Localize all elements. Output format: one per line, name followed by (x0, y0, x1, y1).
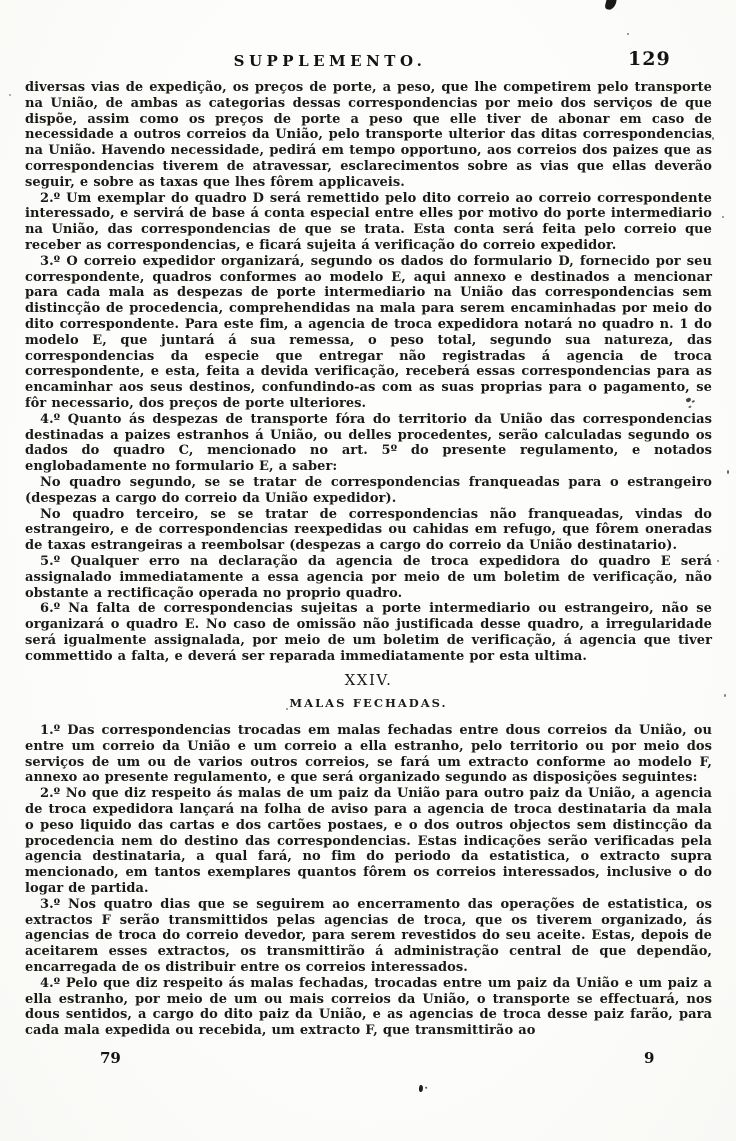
ink-speck (722, 216, 724, 218)
document-page: SUPPLEMENTO. 129 diversas vias de expedi… (0, 0, 736, 1141)
paragraph: 3.º Nos quatro dias que se seguirem ao e… (25, 897, 712, 976)
ink-blot-top-right (604, 0, 617, 11)
section-numeral: XXIV. (25, 673, 712, 689)
ink-speck (727, 470, 729, 474)
section-title: MALAS FECHADAS. (25, 696, 712, 712)
ink-speck (712, 137, 714, 140)
ink-speck (717, 560, 719, 562)
paragraph: 5.º Qualquer erro na declaração da agenc… (25, 554, 712, 601)
signature-number-left: 79 (100, 1049, 121, 1067)
running-title: SUPPLEMENTO. (0, 52, 660, 70)
body-text: diversas vias de expedição, os preços de… (25, 80, 712, 1039)
paragraph: 1.º Das correspondencias trocadas em mal… (25, 723, 712, 786)
paragraph: 2.º Um exemplar do quadro D será remetti… (25, 191, 712, 254)
paragraph: diversas vias de expedição, os preços de… (25, 80, 712, 191)
paragraph: No quadro terceiro, se se tratar de corr… (25, 507, 712, 554)
ink-speck (627, 33, 629, 35)
paragraph: 3.º O correio expedidor organizará, segu… (25, 254, 712, 412)
paragraph: 2.º No que diz respeito ás malas de um p… (25, 786, 712, 897)
ink-speck (286, 708, 288, 710)
paragraph: 4.º Pelo que diz respeito ás malas fecha… (25, 976, 712, 1039)
ink-speck (724, 694, 726, 697)
signature-number-right: 9 (644, 1049, 654, 1067)
paragraph: 6.º Na falta de correspondencias sujeita… (25, 601, 712, 664)
paragraph: No quadro segundo, se se tratar de corre… (25, 475, 712, 507)
page-number: 129 (628, 48, 671, 70)
ink-mark-bottom-center (419, 1085, 424, 1092)
ink-speck (9, 94, 11, 96)
paragraph: 4.º Quanto ás despezas de transporte fór… (25, 412, 712, 475)
